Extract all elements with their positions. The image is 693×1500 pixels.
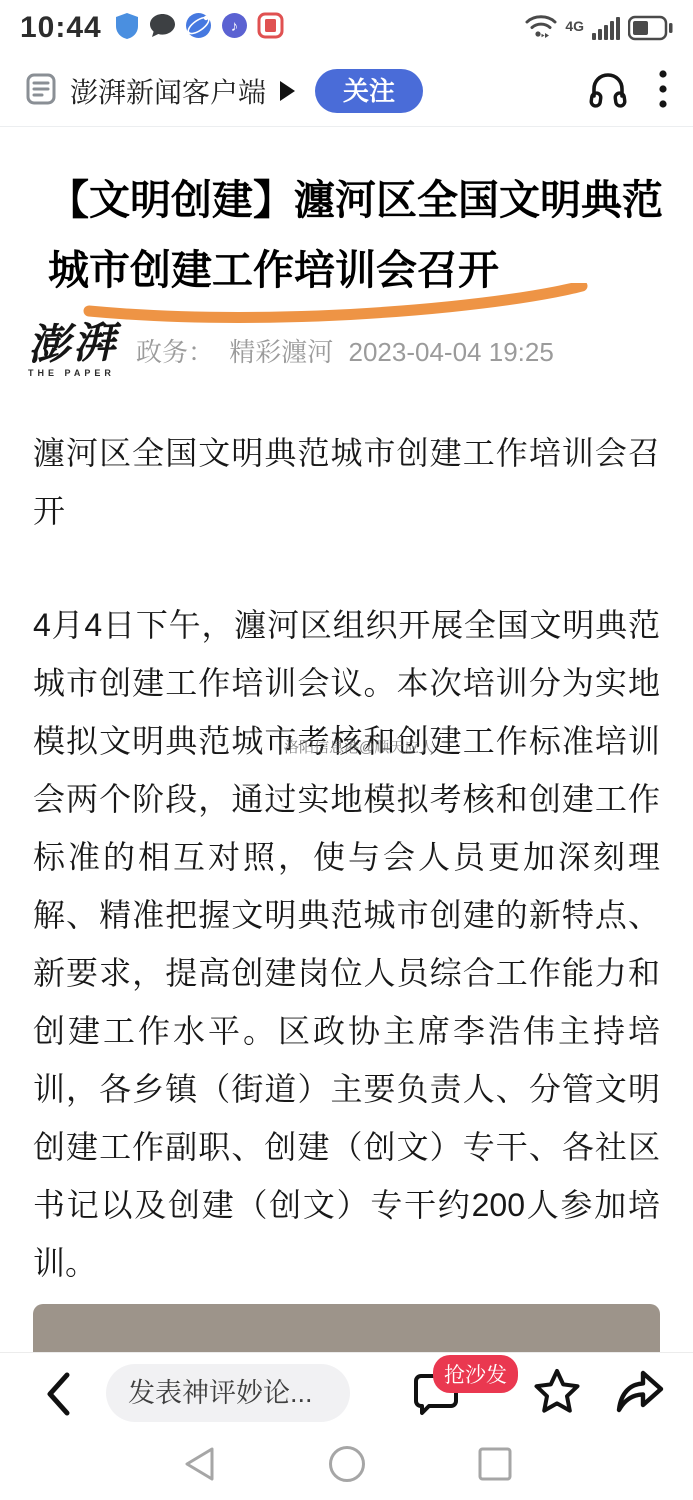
byline-row: 澎湃 THE PAPER 政务： 精彩瀍河 2023-04-04 19:25 <box>28 323 665 378</box>
android-nav-bar <box>0 1432 693 1500</box>
wifi-icon <box>524 11 558 46</box>
nav-recents-square-icon[interactable] <box>477 1446 513 1487</box>
app-header: 澎湃新闻客户端 关注 <box>0 56 693 127</box>
comment-input-pill[interactable] <box>106 1364 350 1422</box>
follow-button[interactable]: 关注 <box>315 69 423 114</box>
notification-icons: ♪ <box>114 12 284 45</box>
comment-input[interactable] <box>128 1378 328 1409</box>
headphones-listen-icon[interactable] <box>587 68 629 115</box>
publish-datetime: 2023-04-04 19:25 <box>349 337 554 367</box>
shield-icon <box>114 12 140 45</box>
expand-triangle-icon <box>280 81 295 101</box>
article-meta: 政务： 精彩瀍河 2023-04-04 19:25 <box>136 332 562 369</box>
chat-bubble-icon <box>149 13 176 44</box>
bottom-toolbar: 抢沙发 <box>0 1352 693 1432</box>
signal-bars-icon <box>591 15 621 46</box>
nav-back-triangle-icon[interactable] <box>181 1445 217 1488</box>
clock: 10:44 <box>20 11 102 45</box>
favorite-star-icon[interactable] <box>531 1366 583 1423</box>
more-options-kebab-icon[interactable] <box>659 69 667 114</box>
back-chevron-icon[interactable] <box>44 1371 72 1422</box>
logo-cn-text: 澎湃 <box>27 321 118 366</box>
watermark-text: 洛阳信息港@顺天应人 <box>284 736 434 757</box>
nav-home-circle-icon[interactable] <box>327 1444 367 1489</box>
status-bar: 10:44 ♪ <box>0 0 693 56</box>
article-body: 【文明创建】瀍河区全国文明典范城市创建工作培训会召开 澎湃 THE PAPER … <box>0 127 693 1434</box>
paragraph: 4月4日下午，瀍河区组织开展全国文明典范城市创建工作培训会议。本次培训分为实地模… <box>33 596 660 1292</box>
globe-browser-icon <box>185 12 212 44</box>
article-doc-icon <box>26 73 56 110</box>
first-comment-badge[interactable]: 抢沙发 <box>433 1355 518 1393</box>
battery-icon <box>628 15 673 46</box>
reader-app-icon <box>257 12 284 44</box>
status-indicators: 4G <box>524 11 673 46</box>
network-type-label: 4G <box>565 18 584 34</box>
the-paper-logo: 澎湃 THE PAPER <box>28 323 118 378</box>
svg-text:♪: ♪ <box>230 18 238 35</box>
phone-screen: 10:44 ♪ <box>0 0 693 1500</box>
share-forward-icon[interactable] <box>613 1366 667 1423</box>
music-app-icon: ♪ <box>221 12 248 44</box>
logo-en-text: THE PAPER <box>28 368 115 378</box>
paragraph: 瀍河区全国文明典范城市创建工作培训会召开 <box>33 424 660 540</box>
app-source-name[interactable]: 澎湃新闻客户端 <box>70 71 266 111</box>
source-account-link[interactable]: 精彩瀍河 <box>229 337 333 367</box>
category-label: 政务： <box>136 337 214 367</box>
